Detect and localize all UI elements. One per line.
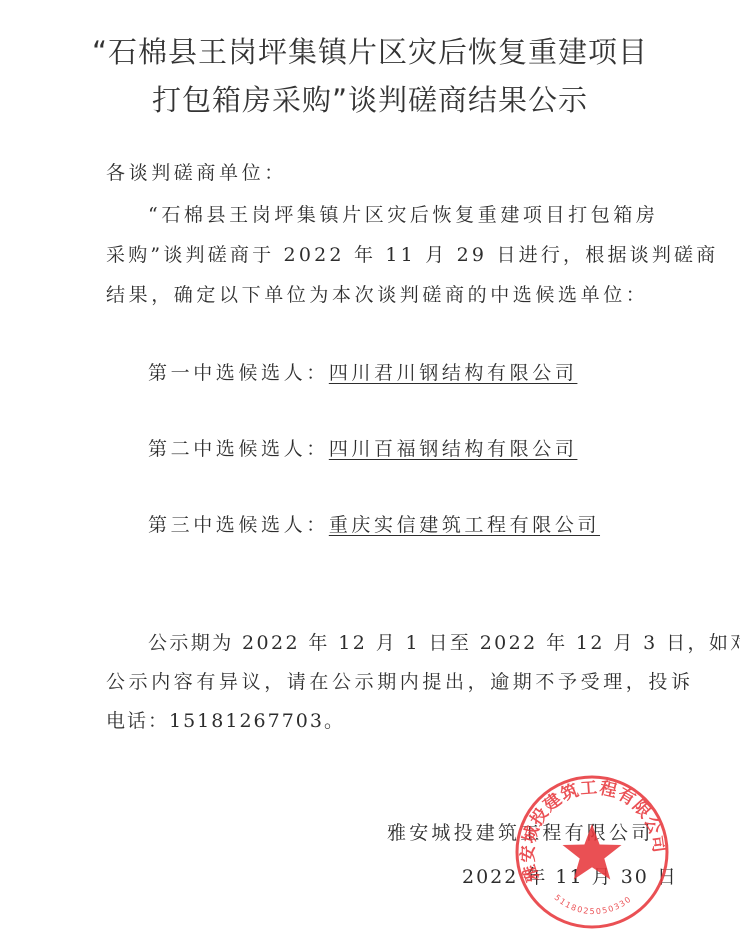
official-seal-icon: 雅安城投建筑工程有限公司 5118025050330	[512, 772, 672, 932]
candidate-1-company: 四川君川钢结构有限公司	[329, 362, 578, 384]
candidate-3-label: 第三中选候选人：	[148, 514, 329, 536]
notice-paragraph-line-3: 电话：15181267703。	[106, 706, 345, 733]
salutation: 各谈判磋商单位：	[106, 158, 287, 185]
intro-paragraph-line-2: 采购”谈判磋商于 2022 年 11 月 29 日进行，根据谈判磋商	[106, 240, 718, 267]
candidate-2-company: 四川百福钢结构有限公司	[329, 438, 578, 460]
candidate-2: 第二中选候选人：四川百福钢结构有限公司	[148, 434, 577, 461]
notice-paragraph-line-1: 公示期为 2022 年 12 月 1 日至 2022 年 12 月 3 日，如对	[148, 628, 740, 655]
document-page: “石棉县王岗坪集镇片区灾后恢复重建项目 打包箱房采购”谈判磋商结果公示 各谈判磋…	[0, 0, 740, 934]
signature-organization: 雅安城投建筑工程有限公司	[387, 818, 653, 845]
candidate-3: 第三中选候选人：重庆实信建筑工程有限公司	[148, 510, 600, 537]
intro-paragraph-line-1: “石棉县王岗坪集镇片区灾后恢复重建项目打包箱房	[148, 200, 659, 227]
candidate-1: 第一中选候选人：四川君川钢结构有限公司	[148, 358, 577, 385]
seal-code: 5118025050330	[553, 893, 634, 916]
candidate-3-company: 重庆实信建筑工程有限公司	[329, 514, 600, 536]
signature-date: 2022 年 11 月 30 日	[462, 862, 678, 889]
document-title-line-2: 打包箱房采购”谈判磋商结果公示	[0, 78, 740, 119]
candidate-1-label: 第一中选候选人：	[148, 362, 329, 384]
document-title-line-1: “石棉县王岗坪集镇片区灾后恢复重建项目	[0, 30, 740, 71]
candidate-2-label: 第二中选候选人：	[148, 438, 329, 460]
svg-text:5118025050330: 5118025050330	[553, 893, 634, 916]
notice-paragraph-line-2: 公示内容有异议，请在公示期内提出，逾期不予受理，投诉	[106, 667, 694, 694]
intro-paragraph-line-3: 结果，确定以下单位为本次谈判磋商的中选候选单位：	[106, 280, 648, 307]
